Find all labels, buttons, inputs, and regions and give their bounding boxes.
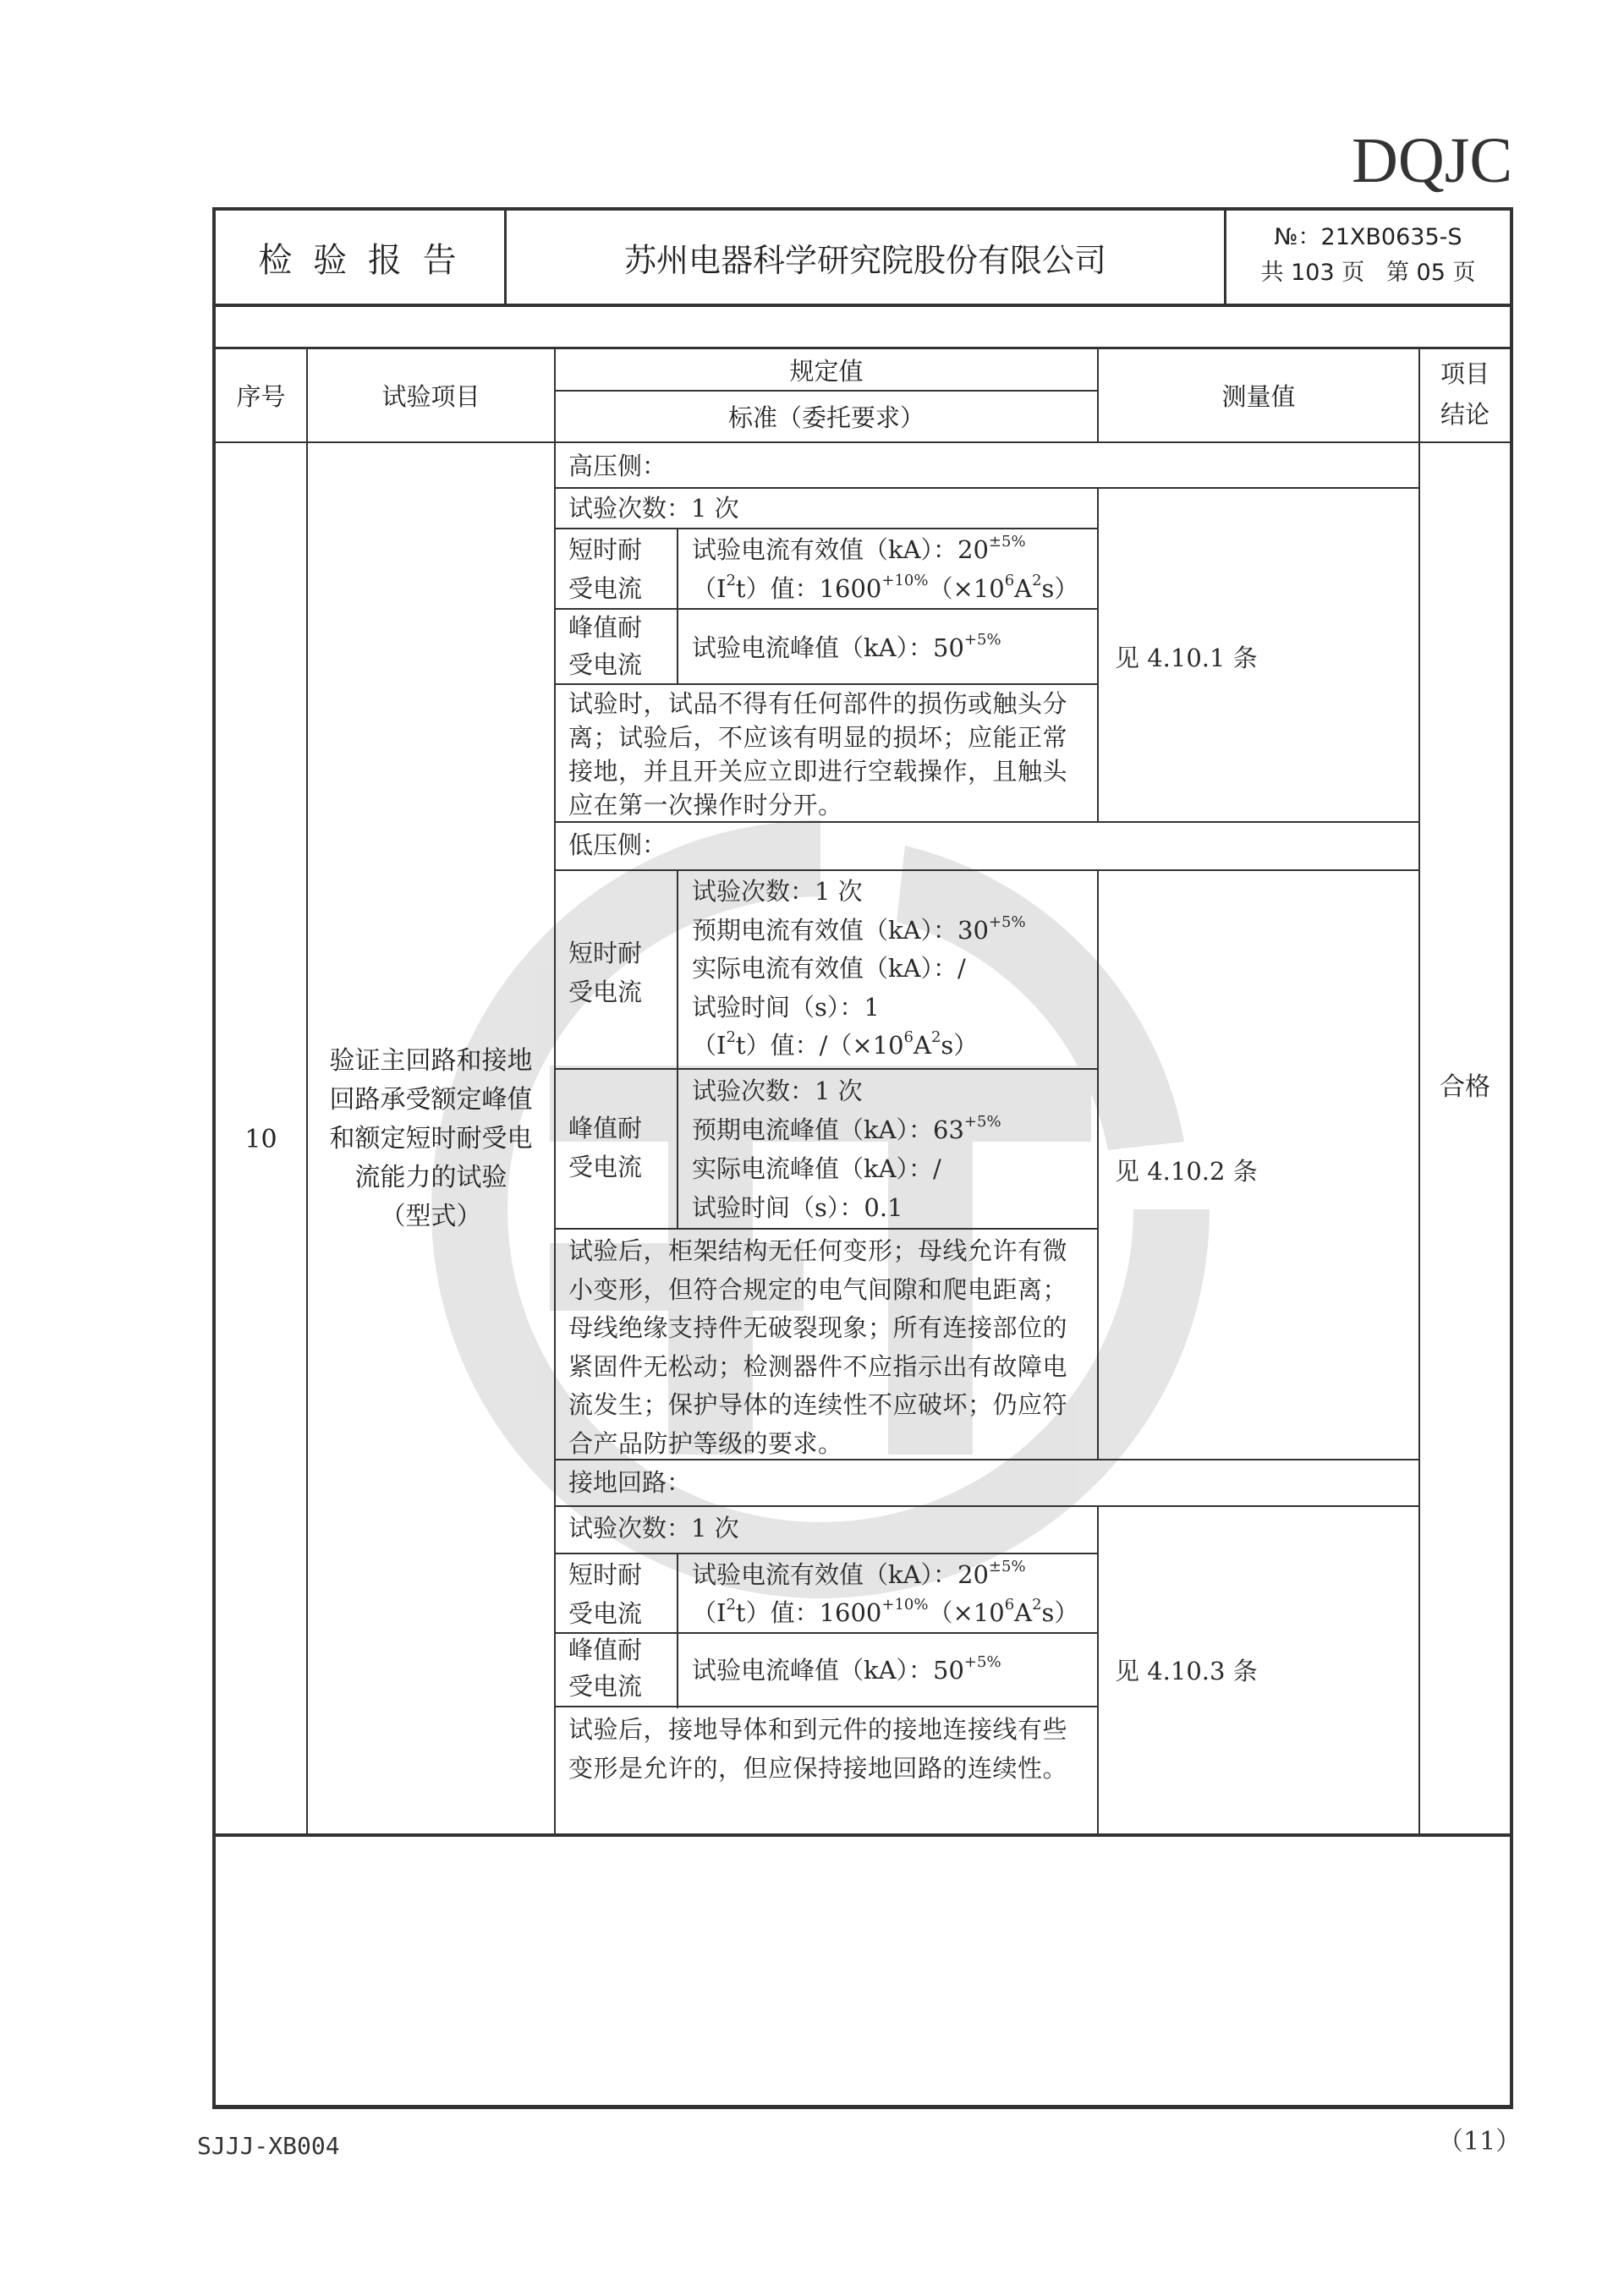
value-text: A bbox=[1014, 574, 1032, 603]
tolerance-sup: +5% bbox=[964, 1113, 1001, 1131]
hv-peak-bottom bbox=[555, 683, 1098, 685]
col-header-conclusion-line1: 项目 bbox=[1420, 353, 1510, 394]
value-text: 试验电流有效值（kA）：20 bbox=[692, 1560, 989, 1589]
value-text: A bbox=[913, 1031, 931, 1060]
col-header-spec-label: 规定值 bbox=[789, 353, 863, 387]
label-line: 短时耐 bbox=[568, 934, 642, 973]
exp-sup: 6 bbox=[904, 1028, 913, 1046]
conclusion-value: 合格 bbox=[1440, 1066, 1490, 1103]
col-header-standard: 标准（委托要求） bbox=[556, 392, 1097, 441]
value-text: t）值：1600 bbox=[736, 1598, 881, 1627]
earth-sub-divider bbox=[677, 1553, 678, 1708]
lv-peak-label: 峰值耐 受电流 bbox=[568, 1109, 642, 1186]
value-text: （×10 bbox=[928, 574, 1004, 603]
report-number: №：21XB0635-S bbox=[1226, 221, 1510, 255]
tolerance-sup: +5% bbox=[989, 913, 1026, 931]
hv-note: 试验时，试品不得有任何部件的损伤或触头分离；试验后，不应该有明显的损坏；应能正常… bbox=[568, 687, 1089, 822]
form-code: SJJJ-XB004 bbox=[197, 2127, 340, 2166]
tolerance-sup: +10% bbox=[881, 572, 928, 589]
earth-title-bottom bbox=[555, 1505, 1418, 1507]
col-header-conclusion: 项目 结论 bbox=[1420, 353, 1510, 435]
hv-title: 高压侧： bbox=[568, 447, 667, 485]
value-text: （I bbox=[692, 574, 726, 603]
table-bottom bbox=[214, 1833, 1512, 1837]
lv-peak-bottom bbox=[555, 1228, 1098, 1230]
company-name: 苏州电器科学研究院股份有限公司 bbox=[507, 211, 1224, 304]
row-item-line: 回路承受额定峰值 bbox=[330, 1081, 533, 1120]
row-seq-value: 10 bbox=[244, 1125, 277, 1154]
value-text: 试验电流有效值（kA）：20 bbox=[692, 535, 989, 564]
earth-peak-line: 试验电流峰值（kA）：50+5% bbox=[692, 1651, 1001, 1690]
label-line: 峰值耐 bbox=[568, 1109, 642, 1148]
page-info: 共 103 页 第 05 页 bbox=[1226, 255, 1510, 292]
earth-peak-bottom bbox=[555, 1706, 1098, 1707]
value-text: s） bbox=[1042, 574, 1079, 603]
exp-sup: 2 bbox=[726, 1028, 735, 1046]
lv-measured-left bbox=[1097, 870, 1099, 1460]
label-line: 短时耐 bbox=[568, 1555, 642, 1594]
lv-measured: 见 4.10.2 条 bbox=[1115, 1152, 1258, 1191]
value-text: 试验电流峰值（kA）：50 bbox=[692, 633, 964, 662]
exp-sup: 2 bbox=[1032, 572, 1041, 589]
earth-measured: 见 4.10.3 条 bbox=[1115, 1652, 1258, 1690]
col-header-conclusion-line2: 结论 bbox=[1420, 394, 1510, 435]
lv-title-bottom bbox=[555, 869, 1418, 871]
report-type-title: 检 验 报 告 bbox=[216, 211, 504, 304]
lv-short-time-label: 短时耐 受电流 bbox=[568, 934, 642, 1011]
value-text: s） bbox=[941, 1031, 978, 1060]
label-line: 受电流 bbox=[568, 1594, 642, 1633]
col-header-item: 试验项目 bbox=[308, 349, 554, 441]
earth-title: 接地回路： bbox=[568, 1463, 691, 1502]
tolerance-sup: +10% bbox=[881, 1596, 928, 1614]
lv-short-time-lines: 试验次数：1 次 预期电流有效值（kA）：30+5% 实际电流有效值（kA）：/… bbox=[692, 873, 1026, 1066]
value-text: 预期电流有效值（kA）：30 bbox=[692, 916, 989, 945]
report-meta: №：21XB0635-S 共 103 页 第 05 页 bbox=[1226, 211, 1510, 304]
col-header-seq: 序号 bbox=[216, 349, 306, 441]
brand-mark: DQJC bbox=[1352, 127, 1512, 195]
col-header-spec: 规定值 bbox=[556, 349, 1097, 390]
col-header-standard-label: 标准（委托要求） bbox=[728, 399, 924, 434]
label-line: 受电流 bbox=[568, 569, 642, 608]
value-text: 试验次数：1 次 bbox=[692, 873, 1026, 912]
label-line: 受电流 bbox=[568, 973, 642, 1011]
value-text: 试验电流峰值（kA）：50 bbox=[692, 1656, 964, 1685]
lv-note: 试验后，柜架结构无任何变形；母线允许有微小变形，但符合规定的电气间隙和爬电距离；… bbox=[568, 1232, 1089, 1463]
exp-sup: 2 bbox=[726, 1596, 735, 1614]
row-item-line: 验证主回路和接地 bbox=[330, 1042, 533, 1081]
lv-i2t: （I2t）值：/（×106A2s） bbox=[692, 1027, 1026, 1066]
hv-short-time-line2: （I2t）值：1600+10%（×106A2s） bbox=[692, 569, 1078, 608]
earth-short-time-label: 短时耐 受电流 bbox=[568, 1555, 642, 1633]
hv-count-bottom bbox=[555, 528, 1098, 529]
value-text: A bbox=[1014, 1598, 1032, 1627]
lv-peak-lines: 试验次数：1 次 预期电流峰值（kA）：63+5% 实际电流峰值（kA）：/ 试… bbox=[692, 1071, 1001, 1227]
lv-prospective-rms: 预期电流有效值（kA）：30+5% bbox=[692, 912, 1026, 951]
row-conclusion: 合格 bbox=[1420, 443, 1510, 1835]
value-text: 试验次数：1 次 bbox=[692, 1071, 1001, 1110]
exp-sup: 6 bbox=[1005, 1596, 1014, 1614]
col-header-seq-label: 序号 bbox=[236, 378, 285, 413]
col-header-item-label: 试验项目 bbox=[381, 378, 480, 413]
col-header-measured-label: 测量值 bbox=[1221, 378, 1295, 413]
exp-sup: 2 bbox=[1032, 1596, 1041, 1614]
lv-title: 低压侧： bbox=[568, 825, 667, 864]
hv-sub-divider bbox=[677, 529, 678, 685]
earth-count-bottom bbox=[555, 1553, 1098, 1554]
hv-short-time-line1: 试验电流有效值（kA）：20±5% bbox=[692, 530, 1026, 569]
label-line: 峰值耐 bbox=[568, 1632, 642, 1669]
hv-measured-left bbox=[1097, 488, 1099, 823]
earth-measured-left bbox=[1097, 1506, 1099, 1835]
row-item-line: 和额定短时耐受电 bbox=[330, 1120, 533, 1159]
frame-right bbox=[1510, 207, 1513, 2108]
hv-measured: 见 4.10.1 条 bbox=[1115, 638, 1258, 677]
tolerance-sup: ±5% bbox=[989, 533, 1026, 551]
label-line: 峰值耐 bbox=[568, 609, 642, 646]
tolerance-sup: +5% bbox=[964, 1653, 1001, 1671]
company-name-label: 苏州电器科学研究院股份有限公司 bbox=[624, 234, 1106, 281]
value-text: 实际电流峰值（kA）：/ bbox=[692, 1149, 1001, 1188]
hv-short-time-label: 短时耐 受电流 bbox=[568, 530, 642, 608]
value-text: （I bbox=[692, 1031, 726, 1060]
row-item: 验证主回路和接地 回路承受额定峰值 和额定短时耐受电 流能力的试验 （型式） bbox=[308, 443, 554, 1835]
row-item-line: 流能力的试验 bbox=[330, 1159, 533, 1197]
earth-note: 试验后，接地导体和到元件的接地连接线有些变形是允许的，但应保持接地回路的连续性。 bbox=[568, 1710, 1089, 1788]
row-seq: 10 bbox=[216, 443, 306, 1835]
row-item-line: （型式） bbox=[330, 1197, 533, 1236]
lv-prospective-peak: 预期电流峰值（kA）：63+5% bbox=[692, 1110, 1001, 1149]
lv-sub-divider bbox=[677, 870, 678, 1230]
label-line: 受电流 bbox=[568, 1148, 642, 1186]
exp-sup: 2 bbox=[931, 1028, 941, 1046]
report-type-label: 检 验 报 告 bbox=[258, 233, 461, 282]
hv-section-bottom bbox=[555, 821, 1418, 823]
lv-short-bottom bbox=[555, 1068, 1098, 1070]
hv-peak-line: 试验电流峰值（kA）：50+5% bbox=[692, 628, 1001, 667]
value-text: （I bbox=[692, 1598, 726, 1627]
lv-section-bottom bbox=[555, 1459, 1418, 1460]
exp-sup: 2 bbox=[726, 572, 735, 589]
value-text: 试验时间（s）：1 bbox=[692, 989, 1026, 1027]
value-text: （×10 bbox=[928, 1598, 1004, 1627]
earth-short-time-line1: 试验电流有效值（kA）：20±5% bbox=[692, 1555, 1026, 1594]
value-text: t）值：1600 bbox=[736, 574, 881, 603]
label-line: 受电流 bbox=[568, 1669, 642, 1705]
label-line: 受电流 bbox=[568, 646, 642, 683]
label-line: 短时耐 bbox=[568, 530, 642, 569]
value-text: t）值：/（×10 bbox=[736, 1031, 904, 1060]
tolerance-sup: ±5% bbox=[989, 1558, 1026, 1575]
frame-bottom bbox=[212, 2105, 1513, 2109]
value-text: 预期电流峰值（kA）：63 bbox=[692, 1115, 964, 1144]
value-text: 实际电流有效值（kA）：/ bbox=[692, 950, 1026, 989]
earth-peak-label: 峰值耐 受电流 bbox=[568, 1632, 642, 1705]
col-header-measured: 测量值 bbox=[1099, 349, 1418, 441]
exp-sup: 6 bbox=[1005, 572, 1014, 589]
value-text: 试验时间（s）：0.1 bbox=[692, 1188, 1001, 1227]
title-row-bottom bbox=[214, 304, 1512, 307]
hv-test-count: 试验次数：1 次 bbox=[568, 489, 739, 528]
earth-test-count: 试验次数：1 次 bbox=[568, 1509, 739, 1548]
tolerance-sup: +5% bbox=[964, 631, 1001, 649]
hv-peak-label: 峰值耐 受电流 bbox=[568, 609, 642, 683]
earth-short-time-line2: （I2t）值：1600+10%（×106A2s） bbox=[692, 1593, 1078, 1632]
value-text: s） bbox=[1042, 1598, 1079, 1627]
page-number: （11） bbox=[1438, 2123, 1521, 2162]
col-item-right bbox=[554, 348, 556, 1835]
